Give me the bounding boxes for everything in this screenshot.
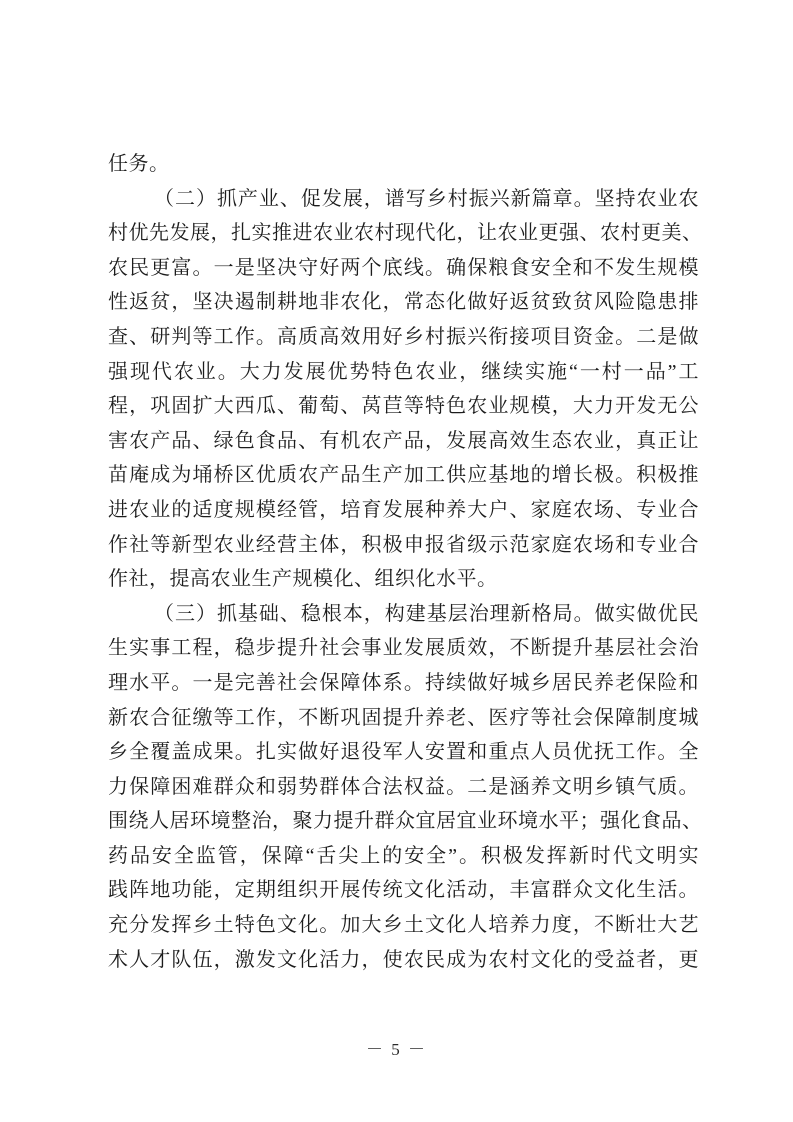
body-text-line: 药品安全监管，保障“舌尖上的安全”。积极发挥新时代文明实 bbox=[108, 839, 699, 874]
body-text-line: 作社，提高农业生产规模化、组织化水平。 bbox=[108, 562, 699, 597]
body-text-line: 新农合征缴等工作，不断巩固提升养老、医疗等社会保障制度城 bbox=[108, 701, 699, 736]
body-text-line: 充分发挥乡土特色文化。加大乡土文化人培养力度，不断壮大艺 bbox=[108, 908, 699, 943]
body-text-line: （二）抓产业、促发展，谱写乡村振兴新篇章。坚持农业农 bbox=[108, 182, 699, 217]
body-text-line: 村优先发展，扎实推进农业农村现代化，让农业更强、农村更美、 bbox=[108, 216, 699, 251]
body-text-line: 农民更富。一是坚决守好两个底线。确保粮食安全和不发生规模 bbox=[108, 251, 699, 286]
body-text-line: 力保障困难群众和弱势群体合法权益。二是涵养文明乡镇气质。 bbox=[108, 770, 699, 805]
body-text-line: （三）抓基础、稳根本，构建基层治理新格局。做实做优民 bbox=[108, 597, 699, 632]
body-text-line: 践阵地功能，定期组织开展传统文化活动，丰富群众文化生活。 bbox=[108, 873, 699, 908]
body-text-line: 任务。 bbox=[108, 147, 699, 182]
body-text-line: 理水平。一是完善社会保障体系。持续做好城乡居民养老保险和 bbox=[108, 666, 699, 701]
body-text-line: 生实事工程，稳步提升社会事业发展质效，不断提升基层社会治 bbox=[108, 631, 699, 666]
body-text-line: 围绕人居环境整治，聚力提升群众宜居宜业环境水平；强化食品、 bbox=[108, 804, 699, 839]
document-page: 任务。 （二）抓产业、促发展，谱写乡村振兴新篇章。坚持农业农 村优先发展，扎实推… bbox=[0, 0, 793, 1122]
body-text-line: 程，巩固扩大西瓜、葡萄、莴苣等特色农业规模，大力开发无公 bbox=[108, 389, 699, 424]
body-text-line: 作社等新型农业经营主体，积极申报省级示范家庭农场和专业合 bbox=[108, 528, 699, 563]
body-text-line: 强现代农业。大力发展优势特色农业，继续实施“一村一品”工 bbox=[108, 355, 699, 390]
body-text-line: 查、研判等工作。高质高效用好乡村振兴衔接项目资金。二是做 bbox=[108, 320, 699, 355]
body-text-line: 苗庵成为埇桥区优质农产品生产加工供应基地的增长极。积极推 bbox=[108, 458, 699, 493]
body-text-line: 性返贫，坚决遏制耕地非农化，常态化做好返贫致贫风险隐患排 bbox=[108, 285, 699, 320]
body-text-line: 乡全覆盖成果。扎实做好退役军人安置和重点人员优抚工作。全 bbox=[108, 735, 699, 770]
body-text-line: 害农产品、绿色食品、有机农产品，发展高效生态农业，真正让 bbox=[108, 424, 699, 459]
page-number: － 5 － bbox=[0, 1035, 793, 1060]
document-body: 任务。 （二）抓产业、促发展，谱写乡村振兴新篇章。坚持农业农 村优先发展，扎实推… bbox=[108, 147, 699, 977]
body-text-line: 术人才队伍，激发文化活力，使农民成为农村文化的受益者，更 bbox=[108, 943, 699, 978]
body-text-line: 进农业的适度规模经管，培育发展种养大户、家庭农场、专业合 bbox=[108, 493, 699, 528]
